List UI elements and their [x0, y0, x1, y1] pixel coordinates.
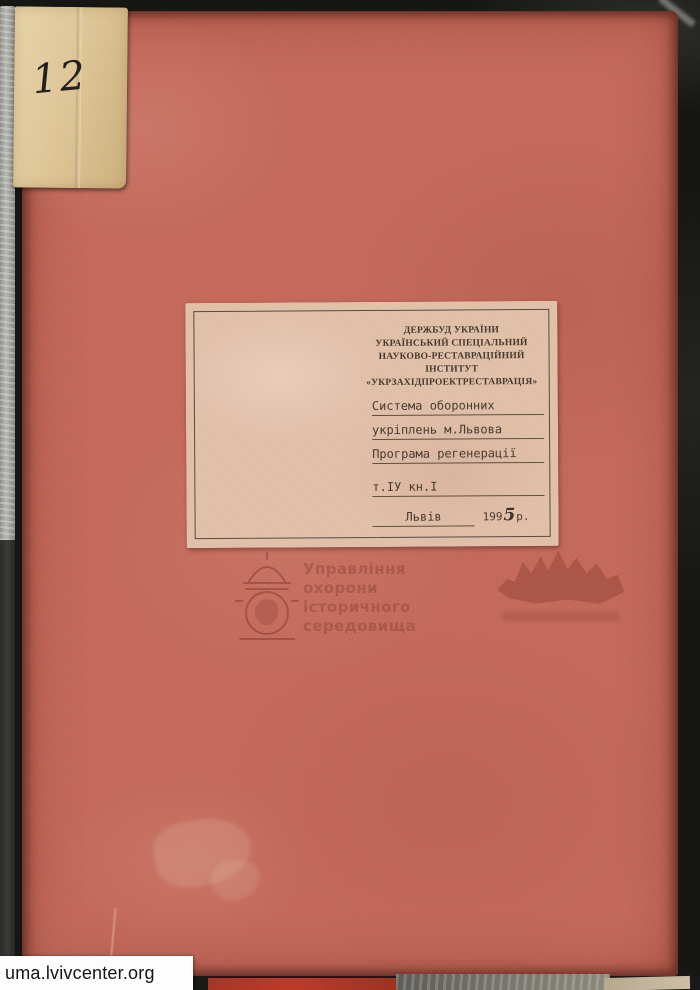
place-year-row: Львів 199 5 р.	[373, 509, 545, 527]
underlying-paper-edge	[604, 976, 690, 990]
source-url: uma.lvivcenter.org	[0, 963, 155, 984]
underlying-red-edge	[208, 978, 398, 990]
year-group: 199 5 р.	[483, 509, 530, 523]
institution-line: НАУКОВО-РЕСТАВРАЦІЙНИЙ	[358, 350, 546, 364]
volume-line: т.ІУ кн.І	[372, 479, 544, 497]
institution-line: УКРАЇНСЬКИЙ СПЕЦІАЛЬНИЙ	[357, 337, 545, 351]
scanned-cover-page: 12 ДЕРЖБУД УКРАЇНИ УКРАЇНСЬКИЙ СПЕЦІАЛЬН…	[0, 0, 700, 990]
source-watermark: uma.lvivcenter.org	[0, 956, 193, 990]
year-suffix: р.	[516, 510, 529, 523]
institution-header: ДЕРЖБУД УКРАЇНИ УКРАЇНСЬКИЙ СПЕЦІАЛЬНИЙ …	[357, 324, 545, 390]
stamp-line: Управління	[303, 560, 416, 579]
title-block: Система оборонних укріплень м.Львова Про…	[372, 398, 545, 527]
year-typed: 199	[483, 510, 503, 523]
archive-number: 12	[30, 52, 89, 103]
cover-scuff	[211, 860, 259, 900]
title-line: укріплень м.Львова	[372, 422, 544, 440]
tower-emblem-icon	[230, 549, 304, 647]
skyline-watermark-caption	[502, 612, 620, 621]
stamp-line: охорони	[303, 579, 416, 598]
stamp-line: середовища	[303, 617, 416, 636]
institution-line: ДЕРЖБУД УКРАЇНИ	[357, 324, 545, 338]
institution-line: ІНСТИТУТ	[358, 363, 546, 377]
stamp-text: Управління охорони історичного середовищ…	[303, 560, 416, 636]
underlying-foil-edge	[396, 974, 610, 990]
stamp-line: історичного	[303, 598, 416, 617]
title-line: Система оборонних	[372, 398, 544, 416]
archive-number-label: 12	[13, 6, 128, 188]
spine-shadow	[0, 540, 15, 960]
place-label: Львів	[373, 509, 475, 527]
spine-tape	[0, 6, 15, 546]
title-line: Програма регенерації	[372, 446, 544, 464]
title-label: ДЕРЖБУД УКРАЇНИ УКРАЇНСЬКИЙ СПЕЦІАЛЬНИЙ …	[185, 301, 558, 548]
year-handwritten-digit: 5	[503, 509, 515, 521]
institution-line: «УКРЗАХІДПРОЕКТРЕСТАВРАЦІЯ»	[358, 376, 546, 390]
